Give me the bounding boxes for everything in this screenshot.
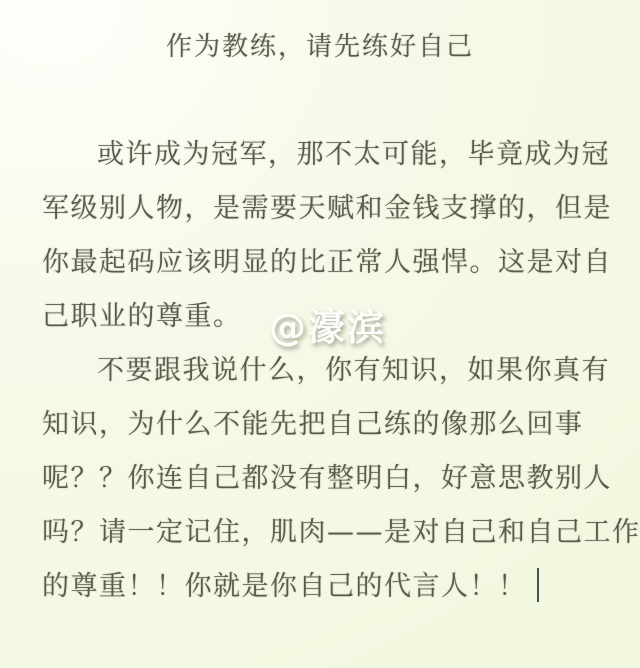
text-line: 呢？？你连自己都没有整明白，好意思教别人 bbox=[42, 452, 610, 506]
note-page: 作为教练，请先练好自己 或许成为冠军，那不太可能，毕竟成为冠 军级别人物，是需要… bbox=[0, 0, 640, 668]
text-line: 军级别人物，是需要天赋和金钱支撑的，但是 bbox=[42, 182, 610, 236]
text-line: 己职业的尊重。 bbox=[42, 290, 610, 344]
note-text-area[interactable]: 或许成为冠军，那不太可能，毕竟成为冠 军级别人物，是需要天赋和金钱支撑的，但是 … bbox=[42, 128, 610, 614]
text-line: 不要跟我说什么，你有知识，如果你真有 bbox=[42, 344, 610, 398]
text-line: 吗？请一定记住，肌肉——是对自己和自己工作 bbox=[42, 506, 610, 560]
text-line: 知识，为什么不能先把自己练的像那么回事 bbox=[42, 398, 610, 452]
text-line: 或许成为冠军，那不太可能，毕竟成为冠 bbox=[42, 128, 610, 182]
text-cursor bbox=[537, 568, 539, 602]
text-line-content: 的尊重！！你就是你自己的代言人！！ bbox=[42, 571, 527, 602]
text-line: 的尊重！！你就是你自己的代言人！！ bbox=[42, 560, 610, 614]
text-line: 你最起码应该明显的比正常人强悍。这是对自 bbox=[42, 236, 610, 290]
note-title: 作为教练，请先练好自己 bbox=[0, 26, 640, 63]
